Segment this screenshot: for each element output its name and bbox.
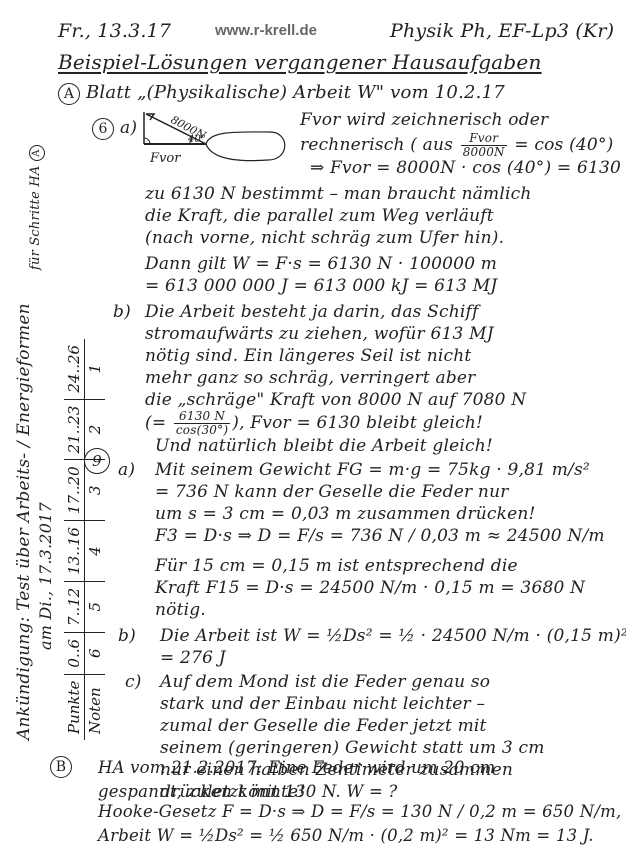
text-line: ⇒ Fvor = 8000N · cos (40°) = 6130 N) bbox=[310, 158, 626, 178]
text-line: die Kraft, die parallel zum Weg verläuft bbox=[145, 206, 494, 226]
text-line: Hooke-Gesetz F = D·s ⇒ D = F/s = 130 N /… bbox=[98, 802, 621, 821]
text-line: HA vom 21.2.2017: Eine Feder wird um 20 … bbox=[98, 758, 495, 777]
website-watermark: www.r-krell.de bbox=[215, 22, 317, 39]
grades-row: Noten 6 5 4 3 2 1 bbox=[85, 339, 106, 740]
text-line: gespannt, zuletzt mit 130 N. W = ? bbox=[98, 782, 397, 801]
text-line: Für 15 cm = 0,15 m ist entsprechend die bbox=[155, 556, 518, 576]
text-line: rechnerisch ( aus Fvor8000N = cos (40°) bbox=[300, 132, 613, 159]
announcement-date: am Di., 17.3.2017 bbox=[36, 502, 55, 650]
table-cell: 17..20 bbox=[64, 460, 85, 521]
text-line: Auf dem Mond ist die Feder genau so bbox=[160, 672, 490, 692]
text-line: Kraft F15 = D·s = 24500 N/m · 0,15 m = 3… bbox=[155, 578, 585, 598]
text-line: Fvor wird zeichnerisch oder bbox=[300, 110, 548, 130]
text-line: Arbeit W = ½Ds² = ½ 650 N/m · (0,2 m)² =… bbox=[98, 826, 594, 845]
grade-table: Punkte 0..6 7..12 13..16 17..20 21..23 2… bbox=[64, 339, 105, 740]
ship-force-diagram: 8000N 40° Fvor bbox=[140, 108, 290, 168]
table-cell: 7..12 bbox=[64, 581, 85, 632]
announcement-text: Ankündigung: Test über Arbeits- / Energi… bbox=[14, 303, 34, 740]
table-cell: 13..16 bbox=[64, 521, 85, 582]
text-line: Die Arbeit besteht ja darin, das Schiff bbox=[145, 302, 479, 322]
text-line: (nach vorne, nicht schräg zum Ufer hin). bbox=[145, 228, 504, 248]
fraction-numerator: Fvor bbox=[461, 132, 507, 146]
text-line: nötig sind. Ein längeres Seil ist nicht bbox=[145, 346, 471, 366]
text-line: nötig. bbox=[155, 600, 206, 620]
row-header: Noten bbox=[85, 674, 106, 740]
homework-note: für Schritte HA A bbox=[28, 139, 45, 270]
text-line: stark und der Einbau nicht leichter – bbox=[160, 694, 485, 714]
table-cell: 0..6 bbox=[64, 632, 85, 674]
text-line: F3 = D·s ⇒ D = F/s = 736 N / 0,03 m ≈ 24… bbox=[155, 526, 605, 546]
table-cell: 1 bbox=[85, 339, 106, 399]
section-b-marker: B bbox=[50, 756, 72, 778]
sidebar-announcement: Ankündigung: Test über Arbeits- / Energi… bbox=[0, 0, 140, 740]
row-header: Punkte bbox=[64, 674, 85, 740]
text-line: die „schräge" Kraft von 8000 N auf 7080 … bbox=[145, 390, 526, 410]
text-line: = 613 000 000 J = 613 000 kJ = 613 MJ bbox=[145, 276, 497, 296]
section-a-title: Blatt „(Physikalische) Arbeit W" vom 10.… bbox=[86, 82, 505, 103]
angle-label: 40° bbox=[187, 134, 206, 145]
table-cell: 24..26 bbox=[64, 339, 85, 399]
text-line: stromaufwärts zu ziehen, wofür 613 MJ bbox=[145, 324, 494, 344]
text-line: seinem (geringeren) Gewicht statt um 3 c… bbox=[160, 738, 545, 758]
fraction: Fvor8000N bbox=[461, 132, 507, 159]
homework-note-marker: A bbox=[29, 145, 45, 161]
text-line: zumal der Geselle die Feder jetzt mit bbox=[160, 716, 487, 736]
points-row: Punkte 0..6 7..12 13..16 17..20 21..23 2… bbox=[64, 339, 85, 740]
text-line: = 276 J bbox=[160, 648, 226, 668]
text-line: mehr ganz so schräg, verringert aber bbox=[145, 368, 476, 388]
text-span: rechnerisch ( aus bbox=[300, 135, 453, 155]
task-9-marker: 9 bbox=[84, 448, 110, 474]
table-cell: 5 bbox=[85, 581, 106, 632]
text-line: Mit seinem Gewicht FG = m·g = 75kg · 9,8… bbox=[155, 460, 590, 480]
text-line: Die Arbeit ist W = ½Ds² = ½ · 24500 N/m … bbox=[160, 626, 626, 646]
table-cell: 6 bbox=[85, 632, 106, 674]
text-line: Dann gilt W = F·s = 6130 N · 100000 m bbox=[145, 254, 497, 274]
homework-note-text: für Schritte HA bbox=[28, 166, 43, 270]
text-line: (= 6130 Ncos(30°)), Fvor = 6130 bleibt g… bbox=[145, 410, 483, 437]
course-label: Physik Ph, EF-Lp3 (Kr) bbox=[390, 20, 614, 42]
text-line: zu 6130 N bestimmt – man braucht nämlich bbox=[145, 184, 532, 204]
text-line: = 736 N kann der Geselle die Feder nur bbox=[155, 482, 509, 502]
section-b-marker-wrap: B bbox=[50, 756, 78, 778]
text-line: um s = 3 cm = 0,03 m zusammen drücken! bbox=[155, 504, 536, 524]
component-label: Fvor bbox=[149, 151, 181, 166]
table-cell: 4 bbox=[85, 521, 106, 582]
table-cell: 21..23 bbox=[64, 399, 85, 460]
fraction-numerator: 6130 N bbox=[174, 410, 230, 424]
text-span: ), Fvor = 6130 bleibt gleich! bbox=[232, 413, 483, 433]
text-span: = cos (40°) bbox=[514, 135, 613, 155]
text-line: Und natürlich bleibt die Arbeit gleich! bbox=[155, 436, 493, 456]
fraction: 6130 Ncos(30°) bbox=[174, 410, 230, 437]
